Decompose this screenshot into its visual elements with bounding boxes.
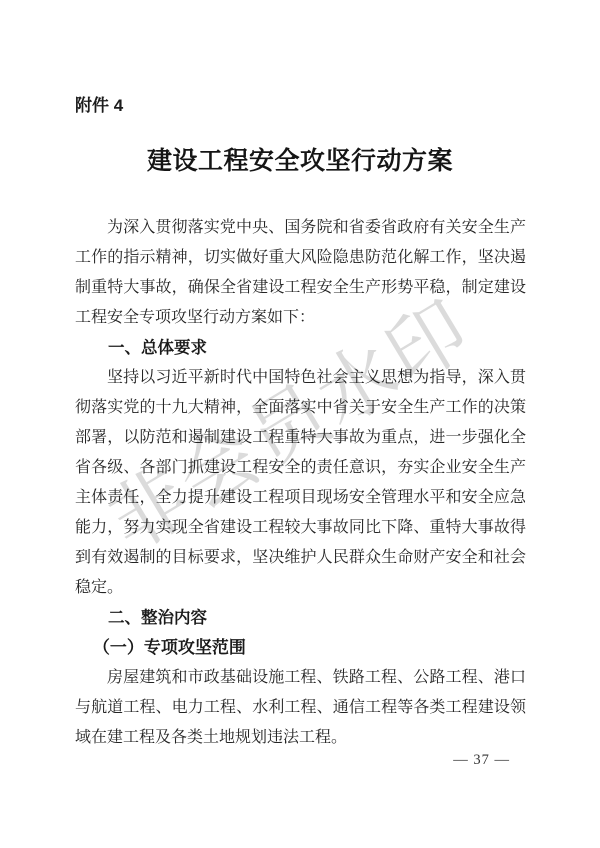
document-body: 为深入贯彻落实党中央、国务院和省委省政府有关安全生产工作的指示精神，切实做好重大… [75, 213, 526, 753]
attachment-label: 附件 4 [75, 91, 123, 116]
text-line: 为深入贯彻落实党中央、国务院和省委省政府有关安全生产 [75, 213, 526, 243]
text-line: 房屋建筑和市政基础设施工程、铁路工程、公路工程、港口 [75, 663, 526, 693]
section-heading: 二、整治内容 [75, 603, 526, 633]
text-line: 到有效遏制的目标要求，坚决维护人民群众生命财产安全和社会 [75, 543, 526, 573]
document-page: 非会员水印 附件 4 建设工程安全攻坚行动方案 为深入贯彻落实党中央、国务院和省… [0, 0, 600, 848]
text-line: 与航道工程、电力工程、水利工程、通信工程等各类工程建设领 [75, 693, 526, 723]
paragraph: 为深入贯彻落实党中央、国务院和省委省政府有关安全生产工作的指示精神，切实做好重大… [75, 213, 526, 333]
text-line: 能力，努力实现全省建设工程较大事故同比下降、重特大事故得 [75, 513, 526, 543]
document-title: 建设工程安全攻坚行动方案 [0, 147, 600, 177]
paragraph: 房屋建筑和市政基础设施工程、铁路工程、公路工程、港口与航道工程、电力工程、水利工… [75, 663, 526, 753]
text-line: 彻落实党的十九大精神，全面落实中省关于安全生产工作的决策 [75, 393, 526, 423]
text-line: 坚持以习近平新时代中国特色社会主义思想为指导，深入贯 [75, 363, 526, 393]
text-line: 稳定。 [75, 573, 526, 603]
text-line: 部署，以防范和遏制建设工程重特大事故为重点，进一步强化全 [75, 423, 526, 453]
text-line: 制重特大事故，确保全省建设工程安全生产形势平稳，制定建设 [75, 273, 526, 303]
paragraph: 坚持以习近平新时代中国特色社会主义思想为指导，深入贯彻落实党的十九大精神，全面落… [75, 363, 526, 603]
section-heading: 一、总体要求 [75, 333, 526, 363]
text-line: 省各级、各部门抓建设工程安全的责任意识，夯实企业安全生产 [75, 453, 526, 483]
text-line: 工程安全专项攻坚行动方案如下： [75, 303, 526, 333]
text-line: 工作的指示精神，切实做好重大风险隐患防范化解工作，坚决遏 [75, 243, 526, 273]
page-number: — 37 — [453, 751, 510, 769]
text-line: 主体责任，全力提升建设工程项目现场安全管理水平和安全应急 [75, 483, 526, 513]
text-line: 域在建工程及各类土地规划违法工程。 [75, 723, 526, 753]
subsection-heading: （一）专项攻坚范围 [75, 633, 526, 663]
